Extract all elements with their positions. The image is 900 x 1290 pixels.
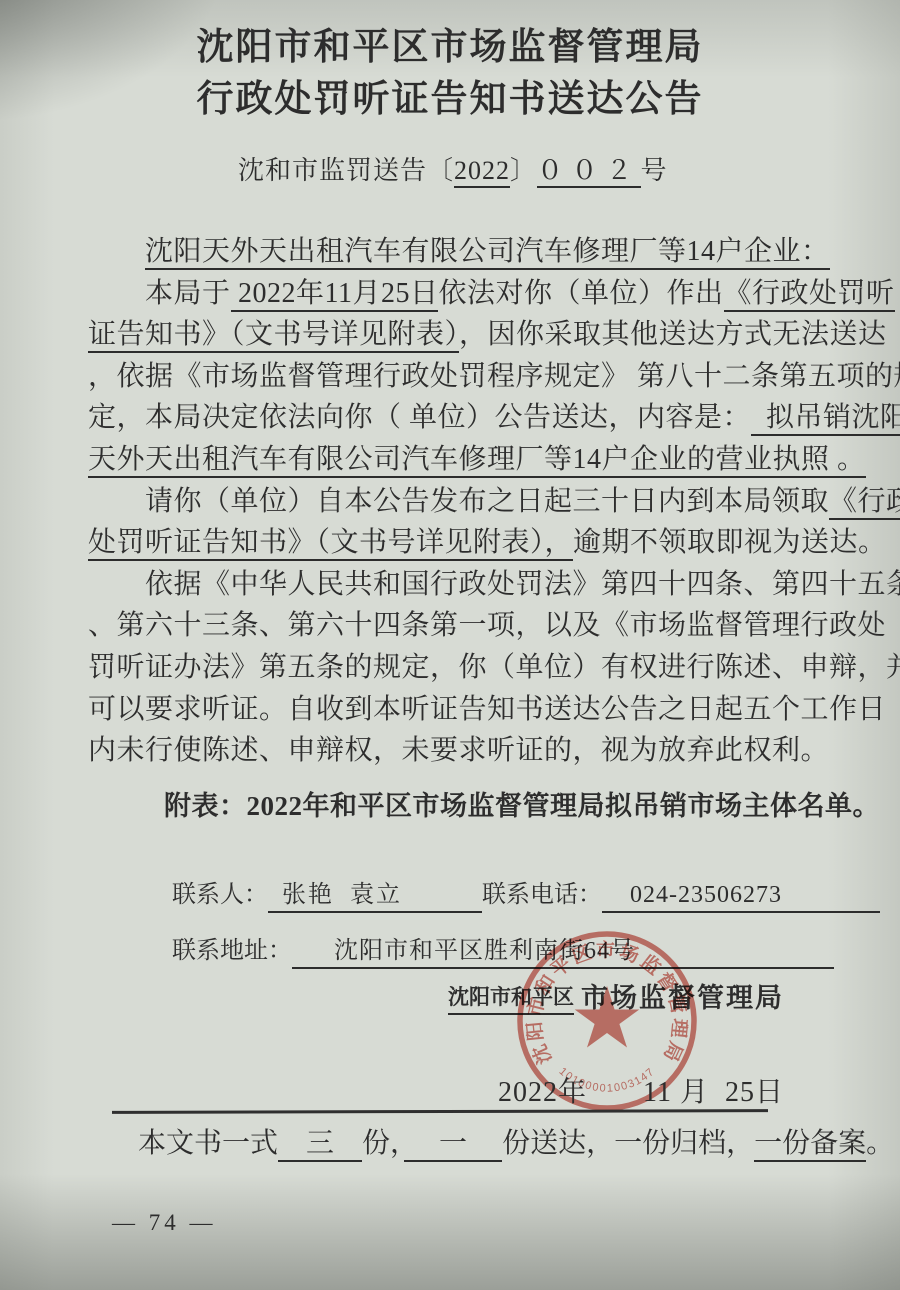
- body-line: 定，本局决定依法向你（ 单位）公告送达，内容是： 拟吊销沈阳: [88, 397, 868, 439]
- body-line: 处罚听证告知书》（文书号详见附表），逾期不领取即视为送达。: [88, 522, 868, 564]
- body-line: 证告知书》（文书号详见附表），因你采取其他送达方式无法送达: [88, 314, 868, 356]
- body-line: 本局于 2022年11月25日依法对你（单位）作出《行政处罚听: [88, 273, 868, 315]
- body-line: ，依据《市场监督管理行政处罚程序规定》 第八十二条第五项的规: [88, 356, 868, 398]
- contact-address-value: 沈阳市和平区胜利南街64号: [292, 930, 834, 969]
- body-line: 可以要求听证。自收到本听证告知书送达公告之日起五个工作日: [88, 689, 868, 731]
- contact-person-value: 张艳 袁立: [268, 874, 482, 913]
- body-line: 天外天出租汽车有限公司汽车修理厂等14户企业的营业执照 。: [88, 439, 868, 481]
- copies-distribution-line: 本文书一式 三 份， 一 份送达，一份归档，一份备案。: [138, 1121, 894, 1161]
- contact-phone-value: 024-23506273: [602, 882, 880, 913]
- body-line: 内未行使陈述、申辩权，未要求听证的，视为放弃此权利。: [88, 730, 868, 772]
- signature-prefix: 沈阳市和平区: [448, 981, 574, 1015]
- attachment-line: 附表：2022年和平区市场监督管理局拟吊销市场主体名单。: [164, 784, 880, 823]
- document-title-line1: 沈阳市和平区市场监督管理局: [0, 22, 900, 74]
- document-title-line2: 行政处罚听证告知书送达公告: [0, 74, 900, 126]
- scanned-official-notice: 沈阳市和平区市场监督管理局 行政处罚听证告知书送达公告 沈和市监罚送告〔2022…: [0, 0, 900, 1290]
- footer-divider-line: [112, 1109, 768, 1114]
- body-line: 依据《中华人民共和国行政处罚法》第四十四条、第四十五条: [88, 564, 868, 606]
- body-text: 沈阳天外天出租汽车有限公司汽车修理厂等14户企业：本局于 2022年11月25日…: [88, 231, 868, 772]
- contact-person-label: 联系人：: [172, 882, 268, 908]
- contact-block: 联系人：张艳 袁立联系电话：024-23506273 联系地址：沈阳市和平区胜利…: [172, 874, 880, 986]
- body-line: 、第六十三条、第六十四条第一项，以及《市场监督管理行政处: [88, 605, 868, 647]
- document-number: 沈和市监罚送告〔2022〕０ ０ ２ 号: [238, 150, 668, 187]
- signature-line: 沈阳市和平区 市场监督管理局: [448, 976, 784, 1015]
- body-line: 沈阳天外天出租汽车有限公司汽车修理厂等14户企业：: [88, 231, 868, 273]
- page-number: — 74 —: [112, 1210, 217, 1236]
- body-line: 请你（单位）自本公告发布之日起三十日内到本局领取《行政: [88, 481, 868, 523]
- signature-agency-name: 市场监督管理局: [581, 976, 784, 1015]
- contact-phone-label: 联系电话：: [482, 882, 602, 908]
- contact-person-row: 联系人：张艳 袁立联系电话：024-23506273: [172, 874, 880, 913]
- contact-address-row: 联系地址：沈阳市和平区胜利南街64号: [172, 930, 880, 969]
- issue-date: 2022年 11 月 25日: [498, 1070, 784, 1110]
- contact-address-label: 联系地址：: [172, 938, 292, 964]
- body-line: 罚听证办法》第五条的规定，你（单位）有权进行陈述、申辩，并: [88, 647, 868, 689]
- document-header: 沈阳市和平区市场监督管理局 行政处罚听证告知书送达公告: [0, 22, 900, 126]
